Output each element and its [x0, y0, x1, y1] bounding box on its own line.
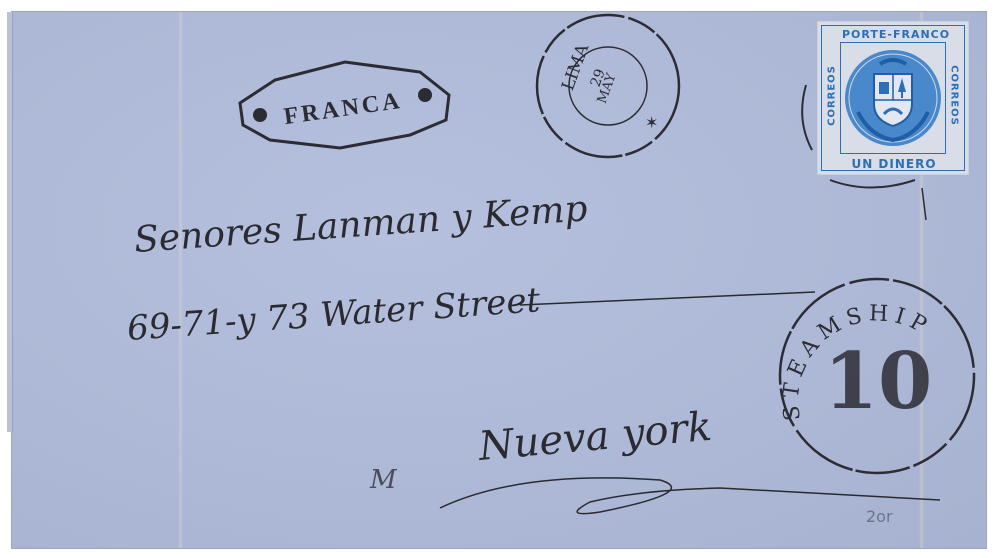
dot-ornament-icon	[418, 88, 432, 102]
lima-town: LIMA	[558, 41, 593, 93]
coat-of-arms-icon	[818, 22, 968, 174]
dot-ornament-icon	[253, 108, 267, 122]
address-line-2: 69-71-y 73 Water Street	[126, 280, 542, 349]
svg-text:✶: ✶	[645, 113, 658, 132]
lima-datestamp: LIMA 29 MAY ✶	[537, 15, 679, 157]
postage-stamp: PORTE-FRANCO UN DINERO CORREOS CORREOS	[818, 22, 968, 174]
rate-numeral: 10	[824, 336, 933, 427]
franca-text: FRANCA	[282, 88, 404, 130]
franca-handstamp: FRANCA	[240, 62, 449, 148]
pencil-note: 2or	[866, 507, 893, 526]
steamship-handstamp: STEAMSHIP 10	[779, 279, 974, 473]
address-line-3: Nueva york	[476, 404, 714, 470]
address-line-1: Senores Lanman y Kemp	[133, 188, 589, 261]
flourish	[440, 478, 940, 514]
address-prefix: M	[369, 465, 398, 495]
